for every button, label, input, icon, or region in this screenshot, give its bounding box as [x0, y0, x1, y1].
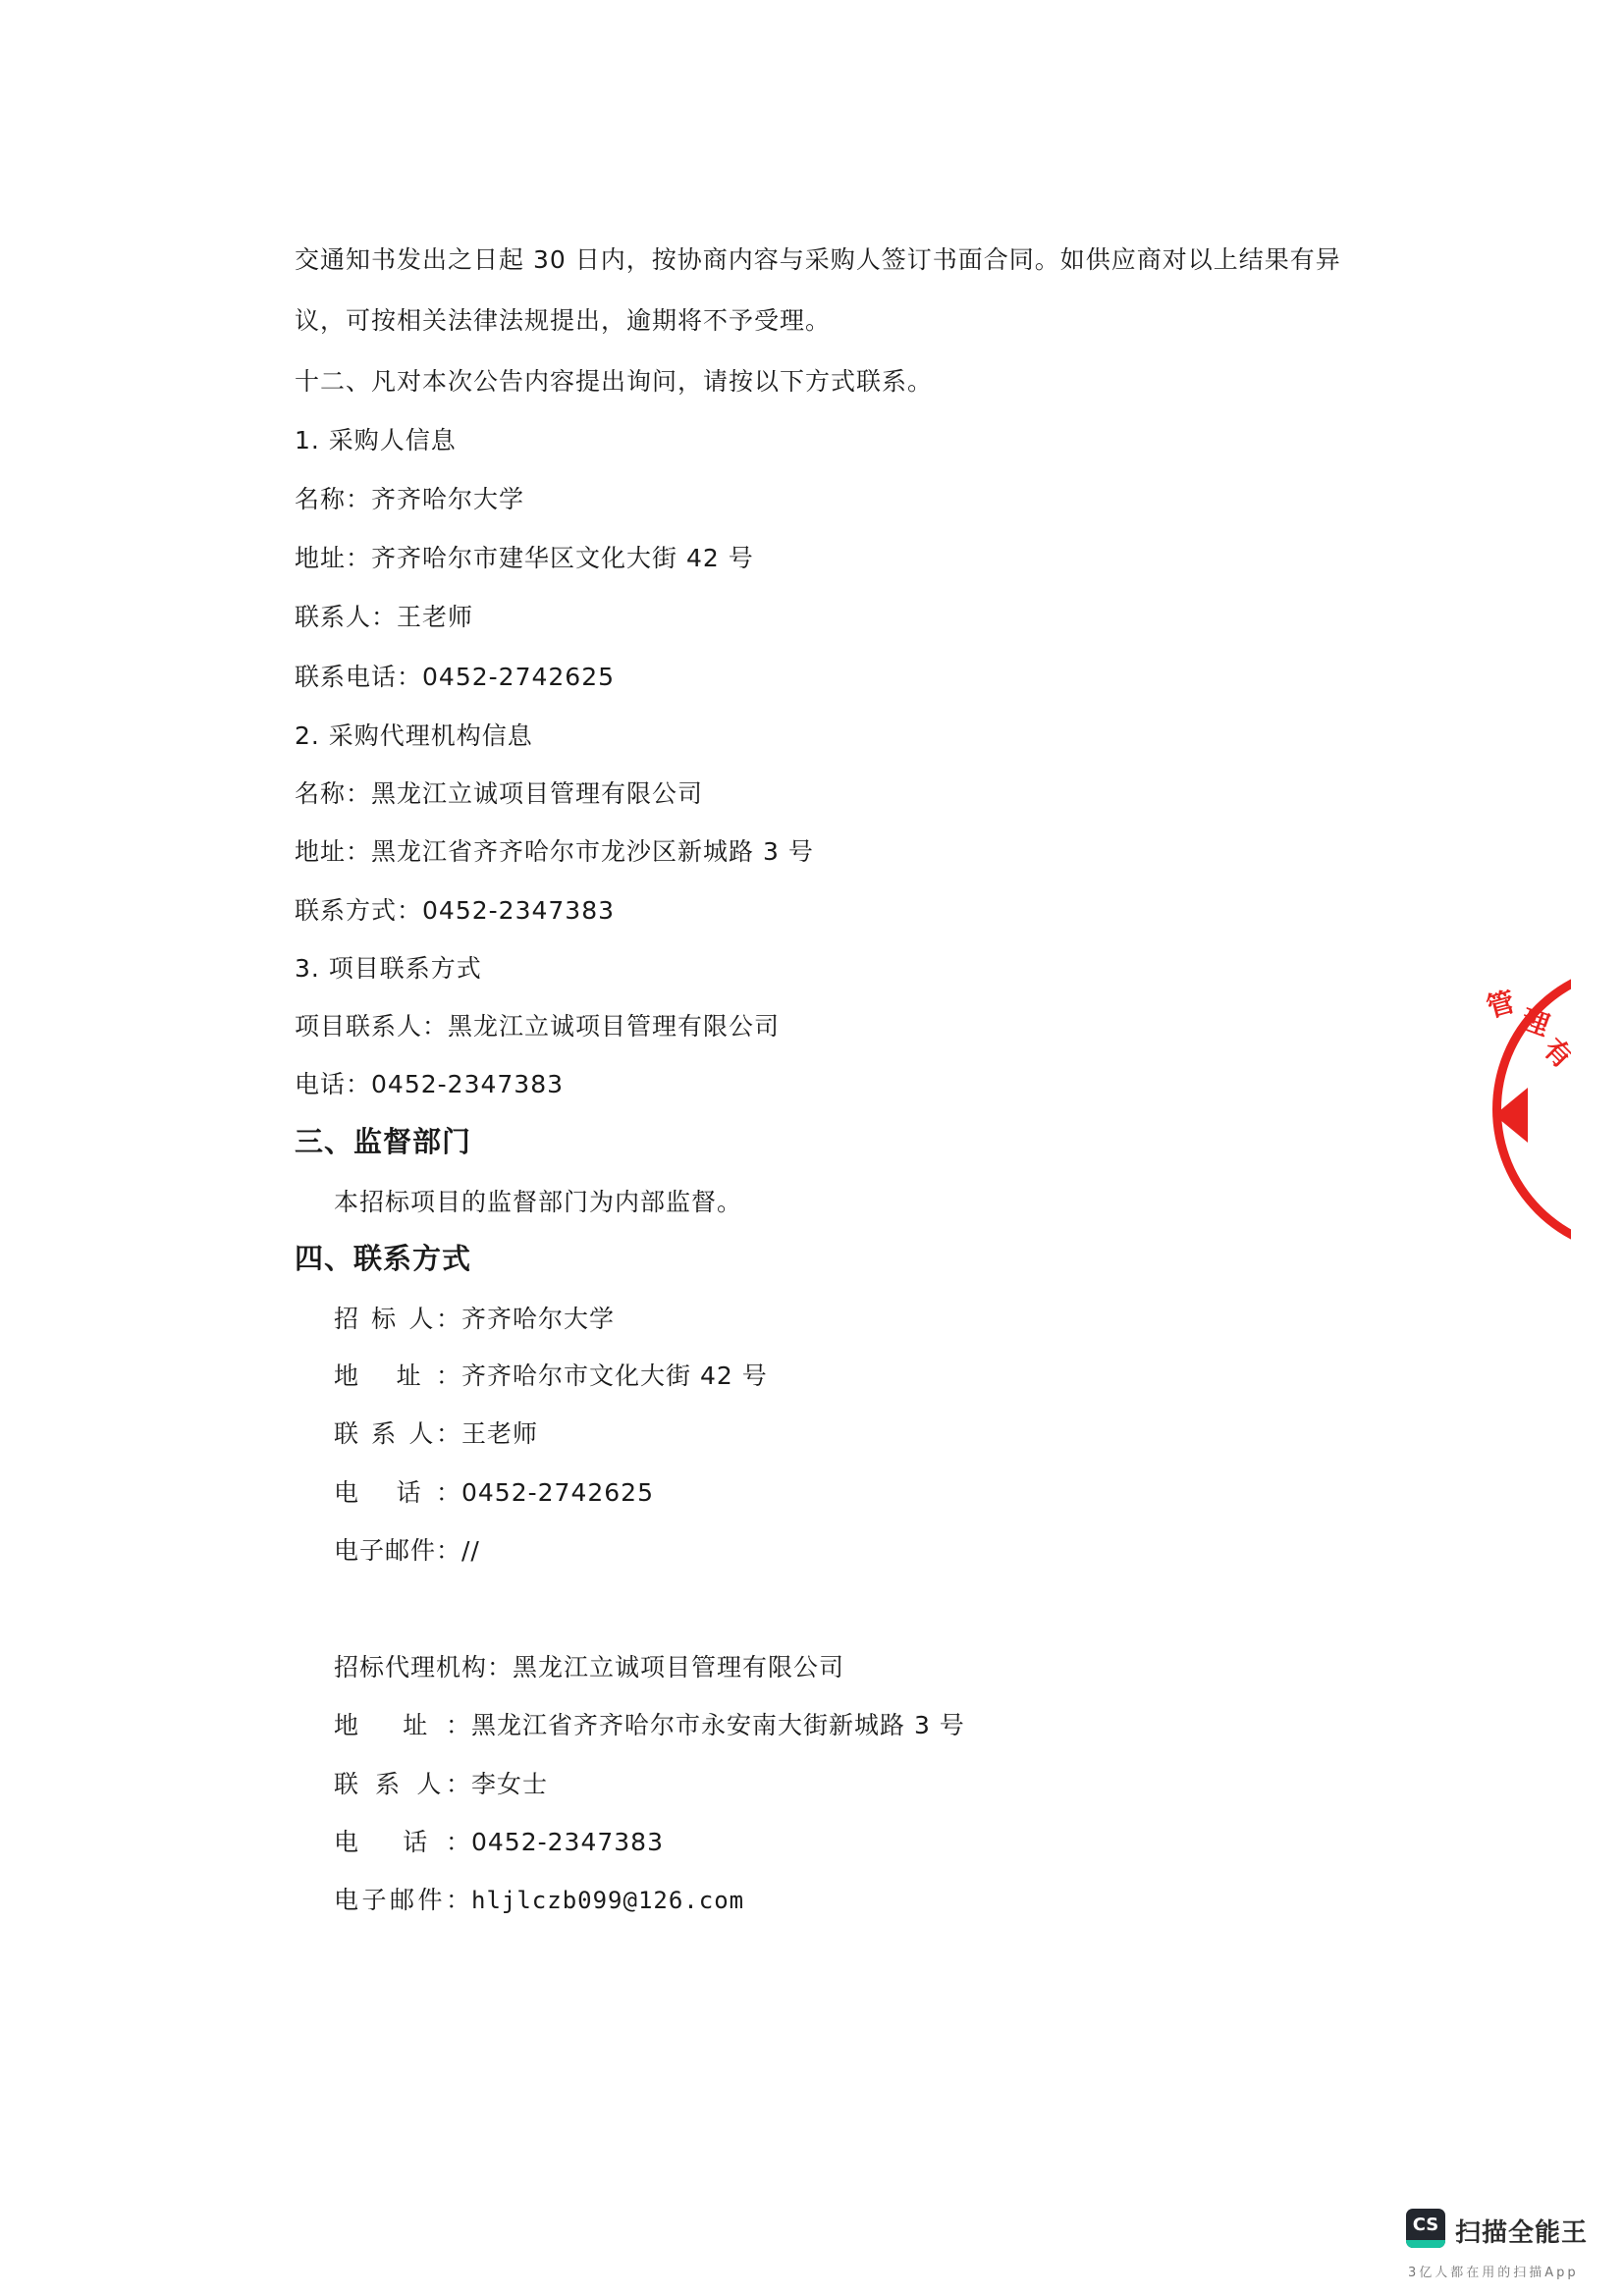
camscanner-logo-text: CS	[1406, 2215, 1445, 2235]
supervision-heading: 三、监督部门	[295, 1125, 471, 1158]
seal-char-1: 管	[1482, 981, 1518, 1026]
tenderer-address-value: 齐齐哈尔市文化大街 42 号	[461, 1362, 768, 1390]
tender-agency-address-label: 地 址：	[334, 1709, 471, 1742]
contact-heading: 四、联系方式	[295, 1242, 471, 1275]
tenderer-email-row: 电子邮件：//	[334, 1534, 480, 1568]
tender-agency-name-value: 黑龙江立诚项目管理有限公司	[513, 1653, 844, 1682]
agency-address-label: 地址：	[295, 837, 371, 866]
purchaser-phone-value: 0452-2742625	[422, 663, 615, 691]
tender-agency-address-value: 黑龙江省齐齐哈尔市永安南大街新城路 3 号	[471, 1711, 965, 1739]
tenderer-phone-label: 电 话：	[334, 1476, 461, 1510]
project-contact-person-row: 项目联系人：黑龙江立诚项目管理有限公司	[295, 1010, 780, 1043]
purchaser-address-row: 地址：齐齐哈尔市建华区文化大街 42 号	[295, 542, 754, 575]
tenderer-email-value: //	[461, 1536, 480, 1565]
tenderer-contact-row: 联 系 人：王老师	[334, 1417, 538, 1451]
camscanner-app-name: 扫描全能王	[1455, 2213, 1588, 2249]
tenderer-name-row: 招 标 人：齐齐哈尔大学	[334, 1303, 615, 1336]
tenderer-phone-value: 0452-2742625	[461, 1478, 654, 1507]
agency-contact-label: 联系方式：	[295, 896, 422, 925]
tenderer-address-row: 地 址：齐齐哈尔市文化大街 42 号	[334, 1360, 768, 1393]
camscanner-tagline: 3亿人都在用的扫描App	[1408, 2262, 1579, 2280]
tender-agency-phone-label: 电 话：	[334, 1826, 471, 1859]
agency-name-value: 黑龙江立诚项目管理有限公司	[371, 779, 703, 808]
agency-address-value: 黑龙江省齐齐哈尔市龙沙区新城路 3 号	[371, 837, 814, 866]
agency-contact-value: 0452-2347383	[422, 896, 615, 925]
tenderer-address-label: 地 址：	[334, 1360, 461, 1393]
project-contact-person-value: 黑龙江立诚项目管理有限公司	[448, 1012, 780, 1041]
camscanner-logo-icon: CS	[1406, 2209, 1445, 2248]
purchaser-contact-row: 联系人：王老师	[295, 601, 473, 634]
tenderer-email-label: 电子邮件：	[334, 1534, 461, 1568]
purchaser-address-value: 齐齐哈尔市建华区文化大街 42 号	[371, 544, 754, 572]
purchaser-name-label: 名称：	[295, 485, 371, 513]
tender-agency-address-row: 地 址：黑龙江省齐齐哈尔市永安南大街新城路 3 号	[334, 1709, 965, 1742]
purchaser-name-row: 名称：齐齐哈尔大学	[295, 483, 524, 516]
tenderer-contact-value: 王老师	[461, 1419, 538, 1448]
notice-text-line-2: 议，可按相关法律法规提出，逾期将不予受理。	[295, 304, 831, 338]
tender-agency-email-row: 电子邮件：hljlczb099@126.com	[334, 1884, 744, 1917]
project-contact-person-label: 项目联系人：	[295, 1012, 448, 1041]
tender-agency-phone-row: 电 话：0452-2347383	[334, 1826, 664, 1859]
seal-star-icon	[1494, 1088, 1528, 1143]
purchaser-address-label: 地址：	[295, 544, 371, 572]
tenderer-name-value: 齐齐哈尔大学	[461, 1305, 615, 1333]
notice-text-line-1: 交通知书发出之日起 30 日内，按协商内容与采购人签订书面合同。如供应商对以上结…	[295, 243, 1341, 277]
camscanner-watermark: CS 扫描全能王 3亿人都在用的扫描App	[1406, 2209, 1612, 2287]
purchaser-phone-label: 联系电话：	[295, 663, 422, 691]
company-seal: 管 理 有	[1473, 942, 1581, 1276]
agency-section-title: 2. 采购代理机构信息	[295, 720, 533, 753]
project-contact-phone-value: 0452-2347383	[371, 1070, 564, 1098]
tender-agency-name-label: 招标代理机构：	[334, 1653, 513, 1682]
purchaser-contact-value: 王老师	[397, 603, 473, 631]
purchaser-contact-label: 联系人：	[295, 603, 397, 631]
tender-agency-contact-value: 李女士	[471, 1770, 548, 1798]
agency-address-row: 地址：黑龙江省齐齐哈尔市龙沙区新城路 3 号	[295, 835, 814, 869]
tender-agency-phone-value: 0452-2347383	[471, 1828, 664, 1856]
seal-crop-edge	[1571, 942, 1581, 1276]
camscanner-logo-bar	[1406, 2240, 1445, 2248]
agency-contact-row: 联系方式：0452-2347383	[295, 894, 615, 928]
agency-name-row: 名称：黑龙江立诚项目管理有限公司	[295, 777, 703, 811]
tender-agency-contact-row: 联 系 人：李女士	[334, 1768, 548, 1801]
supervision-text: 本招标项目的监督部门为内部监督。	[334, 1186, 742, 1219]
inquiry-contact-intro: 十二、凡对本次公告内容提出询问，请按以下方式联系。	[295, 365, 933, 399]
purchaser-name-value: 齐齐哈尔大学	[371, 485, 524, 513]
tenderer-name-label: 招 标 人：	[334, 1303, 461, 1336]
tender-agency-name-row: 招标代理机构：黑龙江立诚项目管理有限公司	[334, 1651, 844, 1684]
tender-agency-email-label: 电子邮件：	[334, 1884, 471, 1917]
project-contact-phone-label: 电话：	[295, 1070, 371, 1098]
purchaser-section-title: 1. 采购人信息	[295, 424, 457, 457]
purchaser-phone-row: 联系电话：0452-2742625	[295, 661, 615, 694]
tender-agency-email-value: hljlczb099@126.com	[471, 1887, 744, 1914]
tenderer-phone-row: 电 话：0452-2742625	[334, 1476, 654, 1510]
project-contact-phone-row: 电话：0452-2347383	[295, 1068, 564, 1101]
tender-agency-contact-label: 联 系 人：	[334, 1768, 471, 1801]
tenderer-contact-label: 联 系 人：	[334, 1417, 461, 1451]
agency-name-label: 名称：	[295, 779, 371, 808]
project-contact-section-title: 3. 项目联系方式	[295, 952, 482, 986]
